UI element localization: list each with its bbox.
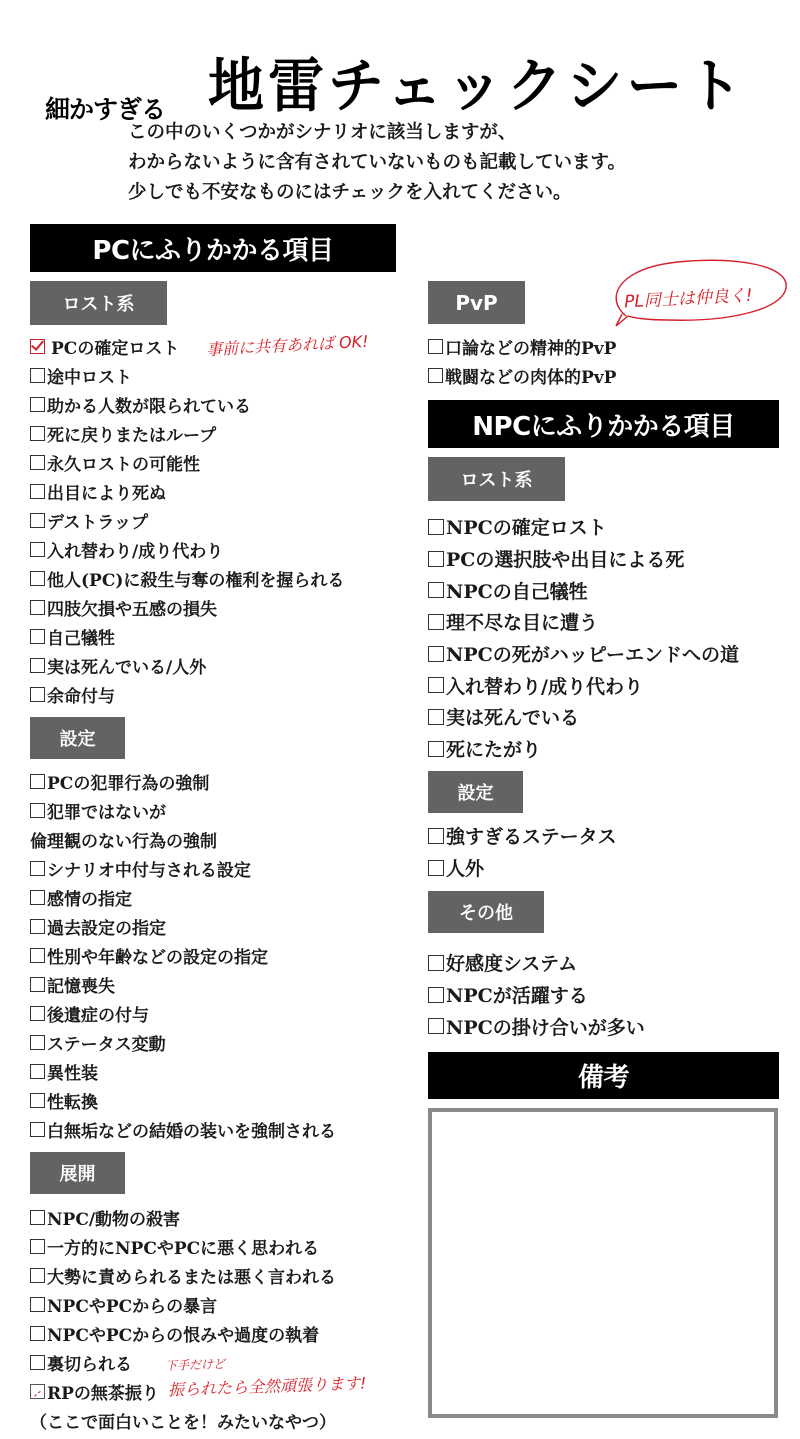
checkbox[interactable] xyxy=(30,1268,45,1283)
checklist-item[interactable]: 白無垢などの結婚の装いを強制される xyxy=(30,1115,336,1144)
item-label: NPCの死がハッピーエンドへの道 xyxy=(446,640,739,667)
item-label: PCの確定ロスト xyxy=(51,334,179,359)
pc-lost-header: ロスト系 xyxy=(30,281,167,325)
checklist-item[interactable]: 実は死んでいる/人外 xyxy=(30,651,344,680)
checkbox[interactable] xyxy=(30,600,45,615)
checklist-item[interactable]: デストラップ xyxy=(30,506,344,535)
npc-settings-header: 設定 xyxy=(428,771,523,813)
item-label: 人外 xyxy=(446,854,484,881)
checklist-item[interactable]: 出目により死ぬ xyxy=(30,477,344,506)
checkbox[interactable] xyxy=(428,339,443,354)
item-label: NPCの自己犠牲 xyxy=(446,577,588,604)
checkbox[interactable] xyxy=(30,1122,45,1137)
item-label: シナリオ中付与される設定 xyxy=(47,856,251,881)
checkbox[interactable] xyxy=(428,551,444,567)
checkbox[interactable] xyxy=(30,977,45,992)
item-label: NPCやPCからの暴言 xyxy=(47,1292,217,1317)
checklist-item[interactable]: 後遺症の付与 xyxy=(30,999,336,1028)
checklist-item[interactable]: 四肢欠損や五感の損失 xyxy=(30,593,344,622)
checkbox[interactable] xyxy=(30,513,45,528)
checklist-item[interactable]: PCの犯罪行為の強制 xyxy=(30,767,336,796)
item-label: 助かる人数が限られている xyxy=(47,392,251,417)
item-label: 好感度システム xyxy=(446,949,577,976)
checklist-item[interactable]: 記憶喪失 xyxy=(30,970,336,999)
checkbox[interactable] xyxy=(428,741,444,757)
checkbox[interactable] xyxy=(428,368,443,383)
checkbox[interactable] xyxy=(30,774,45,789)
checkbox[interactable] xyxy=(30,890,45,905)
item-label: NPCが活躍する xyxy=(446,981,588,1008)
item-label: PCの犯罪行為の強制 xyxy=(47,769,209,794)
checkbox[interactable] xyxy=(30,687,45,702)
memo-header: 備考 xyxy=(428,1052,779,1099)
npc-other-list: 好感度システム NPCが活躍する NPCの掛け合いが多い xyxy=(428,947,645,1042)
checklist-item[interactable]: NPCが活躍する xyxy=(428,979,645,1011)
item-label: 一方的にNPCやPCに悪く思われる xyxy=(47,1234,319,1259)
checklist-item[interactable]: NPCの自己犠牲 xyxy=(428,574,739,606)
checklist-item[interactable]: 入れ替わり/成り代わり xyxy=(428,669,739,701)
item-label: 出目により死ぬ xyxy=(47,479,166,504)
item-label: 性転換 xyxy=(47,1088,98,1113)
checkbox[interactable] xyxy=(30,1006,45,1021)
checklist-item[interactable]: 異性装 xyxy=(30,1057,336,1086)
item-label: 自己犠牲 xyxy=(47,624,115,649)
checklist-item[interactable]: 性転換 xyxy=(30,1086,336,1115)
checklist-item[interactable]: ステータス変動 xyxy=(30,1028,336,1057)
checklist-item[interactable]: 口論などの精神的PvP xyxy=(428,332,616,361)
checkbox[interactable] xyxy=(30,1064,45,1079)
pc-lost-list: PCの確定ロスト 途中ロスト 助かる人数が限られている 死に戻りまたはループ 永… xyxy=(30,332,344,709)
checkbox[interactable] xyxy=(30,1355,45,1370)
checkbox[interactable] xyxy=(30,1326,45,1341)
item-label: 大勢に責められるまたは悪く言われる xyxy=(47,1263,336,1288)
checklist-item[interactable]: 犯罪ではないが xyxy=(30,796,336,825)
checklist-item[interactable]: シナリオ中付与される設定 xyxy=(30,854,336,883)
checklist-item[interactable]: 途中ロスト xyxy=(30,361,344,390)
paren-note: （ここで面白いことを！みたいなやつ） xyxy=(30,1406,336,1435)
intro-line: 少しでも不安なものにはチェックを入れてください。 xyxy=(128,178,626,208)
checklist-item[interactable]: 余命付与 xyxy=(30,680,344,709)
checkbox[interactable] xyxy=(30,368,45,383)
checkbox[interactable] xyxy=(428,677,444,693)
intro-text: この中のいくつかがシナリオに該当しますが、 わからないように含有されていないもの… xyxy=(128,118,626,208)
checklist-item[interactable]: 他人(PC)に殺生与奪の権利を握られる xyxy=(30,564,344,593)
pc-settings-list: PCの犯罪行為の強制 犯罪ではないが 倫理観のない行為の強制 シナリオ中付与され… xyxy=(30,767,336,1144)
checklist-item[interactable]: PCの選択肢や出目による死 xyxy=(428,543,739,575)
checklist-item[interactable]: 性別や年齢などの設定の指定 xyxy=(30,941,336,970)
npc-section-header: NPCにふりかかる項目 xyxy=(428,400,779,448)
checklist-item[interactable]: 過去設定の指定 xyxy=(30,912,336,941)
item-label: 倫理観のない行為の強制 xyxy=(30,827,217,852)
item-label: 実は死んでいる xyxy=(446,703,579,730)
checkbox[interactable] xyxy=(30,1297,45,1312)
checklist-item[interactable]: 永久ロストの可能性 xyxy=(30,448,344,477)
checkbox[interactable] xyxy=(428,709,444,725)
checklist-item[interactable]: 強すぎるステータス xyxy=(428,820,617,852)
item-label: RPの無茶振り xyxy=(47,1379,159,1404)
checkbox[interactable] xyxy=(30,484,45,499)
item-label: 強すぎるステータス xyxy=(446,822,617,849)
item-label: 途中ロスト xyxy=(47,363,132,388)
checklist-item[interactable]: 理不尽な目に遭う xyxy=(428,606,739,638)
item-label: 性別や年齢などの設定の指定 xyxy=(47,943,268,968)
checklist-item[interactable]: 戦闘などの肉体的PvP xyxy=(428,361,616,390)
checklist-item[interactable]: NPCやPCからの恨みや過度の執着 xyxy=(30,1319,336,1348)
item-label: 入れ替わり/成り代わり xyxy=(47,537,223,562)
checkbox-partial[interactable] xyxy=(30,1384,45,1399)
intro-line: この中のいくつかがシナリオに該当しますが、 xyxy=(128,118,626,148)
checkbox[interactable] xyxy=(30,571,45,586)
item-label: NPC/動物の殺害 xyxy=(47,1205,180,1230)
pvp-header: PvP xyxy=(428,281,525,324)
checkbox[interactable] xyxy=(30,426,45,441)
checkbox[interactable] xyxy=(30,1239,45,1254)
memo-textarea[interactable] xyxy=(428,1108,778,1418)
item-label: 口論などの精神的PvP xyxy=(445,334,616,359)
item-label: 永久ロストの可能性 xyxy=(47,450,200,475)
item-label: NPCの掛け合いが多い xyxy=(446,1013,645,1040)
pc-development-list: NPC/動物の殺害 一方的にNPCやPCに悪く思われる 大勢に責められるまたは悪… xyxy=(30,1203,336,1435)
checkbox[interactable] xyxy=(30,803,45,818)
item-label: 死にたがり xyxy=(446,735,541,762)
item-label: 裏切られる xyxy=(47,1350,132,1375)
handwritten-note-line1: 下手だけど xyxy=(165,1355,226,1374)
checklist-item[interactable]: NPCの確定ロスト xyxy=(428,511,739,543)
item-label: 理不尽な目に遭う xyxy=(446,608,598,635)
checkbox[interactable] xyxy=(30,1035,45,1050)
pc-settings-header: 設定 xyxy=(30,717,125,759)
item-label: 記憶喪失 xyxy=(47,972,115,997)
checkbox[interactable] xyxy=(30,542,45,557)
checkbox[interactable] xyxy=(428,1018,444,1034)
pc-development-header: 展開 xyxy=(30,1152,125,1194)
checkbox[interactable] xyxy=(428,582,444,598)
item-label: 実は死んでいる/人外 xyxy=(47,653,206,678)
checklist-item[interactable]: 大勢に責められるまたは悪く言われる xyxy=(30,1261,336,1290)
checkbox[interactable] xyxy=(30,1093,45,1108)
item-label: 異性装 xyxy=(47,1059,98,1084)
checklist-item[interactable]: 人外 xyxy=(428,852,617,884)
checkbox-checked[interactable] xyxy=(30,339,45,354)
page-title: 細かすぎる 地雷チェックシート xyxy=(0,40,800,120)
checkbox[interactable] xyxy=(30,919,45,934)
checkbox[interactable] xyxy=(428,860,444,876)
item-label: PCの選択肢や出目による死 xyxy=(446,545,684,572)
intro-line: わからないように含有されていないものも記載しています。 xyxy=(128,148,626,178)
item-label: 余命付与 xyxy=(47,682,115,707)
checkbox[interactable] xyxy=(428,987,444,1003)
item-label: 白無垢などの結婚の装いを強制される xyxy=(47,1117,336,1142)
item-label: 死に戻りまたはループ xyxy=(47,421,216,446)
item-label: ステータス変動 xyxy=(47,1030,166,1055)
item-label: デストラップ xyxy=(47,508,148,533)
checklist-item[interactable]: NPCの死がハッピーエンドへの道 xyxy=(428,638,739,670)
checkbox[interactable] xyxy=(428,646,444,662)
checkbox[interactable] xyxy=(30,1210,45,1225)
checkbox[interactable] xyxy=(428,828,444,844)
checklist-item[interactable]: 自己犠牲 xyxy=(30,622,344,651)
checklist-item[interactable]: NPCやPCからの暴言 xyxy=(30,1290,336,1319)
checkbox[interactable] xyxy=(30,397,45,412)
item-label: 後遺症の付与 xyxy=(47,1001,149,1026)
item-label: 戦闘などの肉体的PvP xyxy=(445,363,616,388)
npc-lost-list: NPCの確定ロスト PCの選択肢や出目による死 NPCの自己犠牲 理不尽な目に遭… xyxy=(428,511,739,765)
checklist-item[interactable]: 入れ替わり/成り代わり xyxy=(30,535,344,564)
checklist-item[interactable]: 感情の指定 xyxy=(30,883,336,912)
pvp-list: 口論などの精神的PvP 戦闘などの肉体的PvP xyxy=(428,332,616,390)
checklist-item[interactable]: 助かる人数が限られている xyxy=(30,390,344,419)
item-label: 過去設定の指定 xyxy=(47,914,166,939)
npc-lost-header: ロスト系 xyxy=(428,457,565,501)
item-label: 犯罪ではないが xyxy=(47,798,166,823)
checkbox[interactable] xyxy=(30,455,45,470)
checklist-item-continuation: 倫理観のない行為の強制 xyxy=(30,825,336,854)
checklist-item[interactable]: NPC/動物の殺害 xyxy=(30,1203,336,1232)
npc-settings-list: 強すぎるステータス 人外 xyxy=(428,820,617,883)
title-main: 地雷チェックシート xyxy=(208,40,746,124)
item-label: 入れ替わり/成り代わり xyxy=(446,672,643,699)
checkbox[interactable] xyxy=(428,519,444,535)
checklist-item[interactable]: 死に戻りまたはループ xyxy=(30,419,344,448)
item-label: NPCやPCからの恨みや過度の執着 xyxy=(47,1321,319,1346)
checkbox[interactable] xyxy=(428,614,444,630)
item-label: NPCの確定ロスト xyxy=(446,513,607,540)
pc-section-header: PCにふりかかる項目 xyxy=(30,224,396,272)
checkbox[interactable] xyxy=(30,948,45,963)
item-label: 感情の指定 xyxy=(47,885,132,910)
checkbox[interactable] xyxy=(30,658,45,673)
item-label: 四肢欠損や五感の損失 xyxy=(47,595,217,620)
checklist-item[interactable]: 一方的にNPCやPCに悪く思われる xyxy=(30,1232,336,1261)
checklist-item[interactable]: 好感度システム xyxy=(428,947,645,979)
npc-other-header: その他 xyxy=(428,891,544,933)
checklist-item[interactable]: 死にたがり xyxy=(428,733,739,765)
checkbox[interactable] xyxy=(428,955,444,971)
item-label: 他人(PC)に殺生与奪の権利を握られる xyxy=(47,566,344,591)
checklist-item[interactable]: 実は死んでいる xyxy=(428,701,739,733)
checkbox[interactable] xyxy=(30,629,45,644)
checklist-item[interactable]: NPCの掛け合いが多い xyxy=(428,1010,645,1042)
checkbox[interactable] xyxy=(30,861,45,876)
